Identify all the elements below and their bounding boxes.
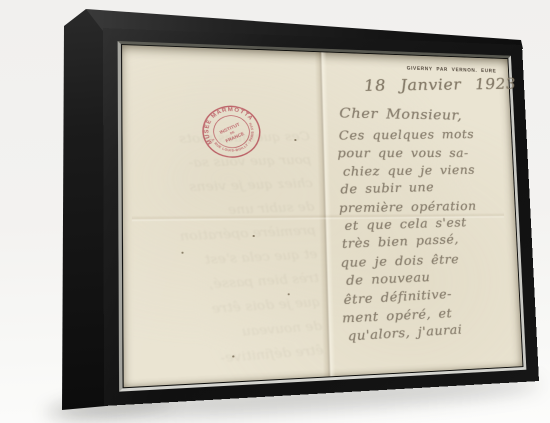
handwritten-body: Ces quelques motspour que vous sa-chiez … bbox=[337, 128, 512, 348]
handwritten-line: de subir une bbox=[340, 178, 507, 200]
stamp-center-line3: FRANCE bbox=[225, 131, 247, 144]
foxing-speck bbox=[294, 139, 296, 140]
framed-letter-photo: Ces quelques motspour que vous sa-chiez … bbox=[0, 0, 550, 423]
handwritten-line: Ces quelques mots bbox=[338, 126, 504, 145]
handwritten-date: 18 Janvier 1923 bbox=[363, 76, 500, 96]
picture-frame-front: Ces quelques motspour que vous sa-chiez … bbox=[103, 28, 539, 406]
handwritten-line: pour que vous sa- bbox=[337, 146, 503, 164]
frame-liner: Ces quelques motspour que vous sa-chiez … bbox=[118, 41, 527, 392]
letter-page-left: Ces quelques motspour que vous sa-chiez … bbox=[122, 45, 328, 387]
foxing-speck bbox=[232, 355, 234, 357]
frame-left-side bbox=[60, 7, 107, 413]
salutation: Cher Monsieur, bbox=[339, 105, 502, 124]
letter-sheet: Ces quelques motspour que vous sa-chiez … bbox=[122, 45, 522, 387]
letter-page-right: GIVERNY PAR VERNON. EURE 18 Janvier 1923… bbox=[320, 52, 523, 376]
foxing-speck bbox=[181, 252, 183, 254]
printed-letterhead: GIVERNY PAR VERNON. EURE bbox=[334, 64, 499, 75]
foxing-speck bbox=[288, 293, 290, 295]
foxing-speck bbox=[253, 235, 255, 236]
